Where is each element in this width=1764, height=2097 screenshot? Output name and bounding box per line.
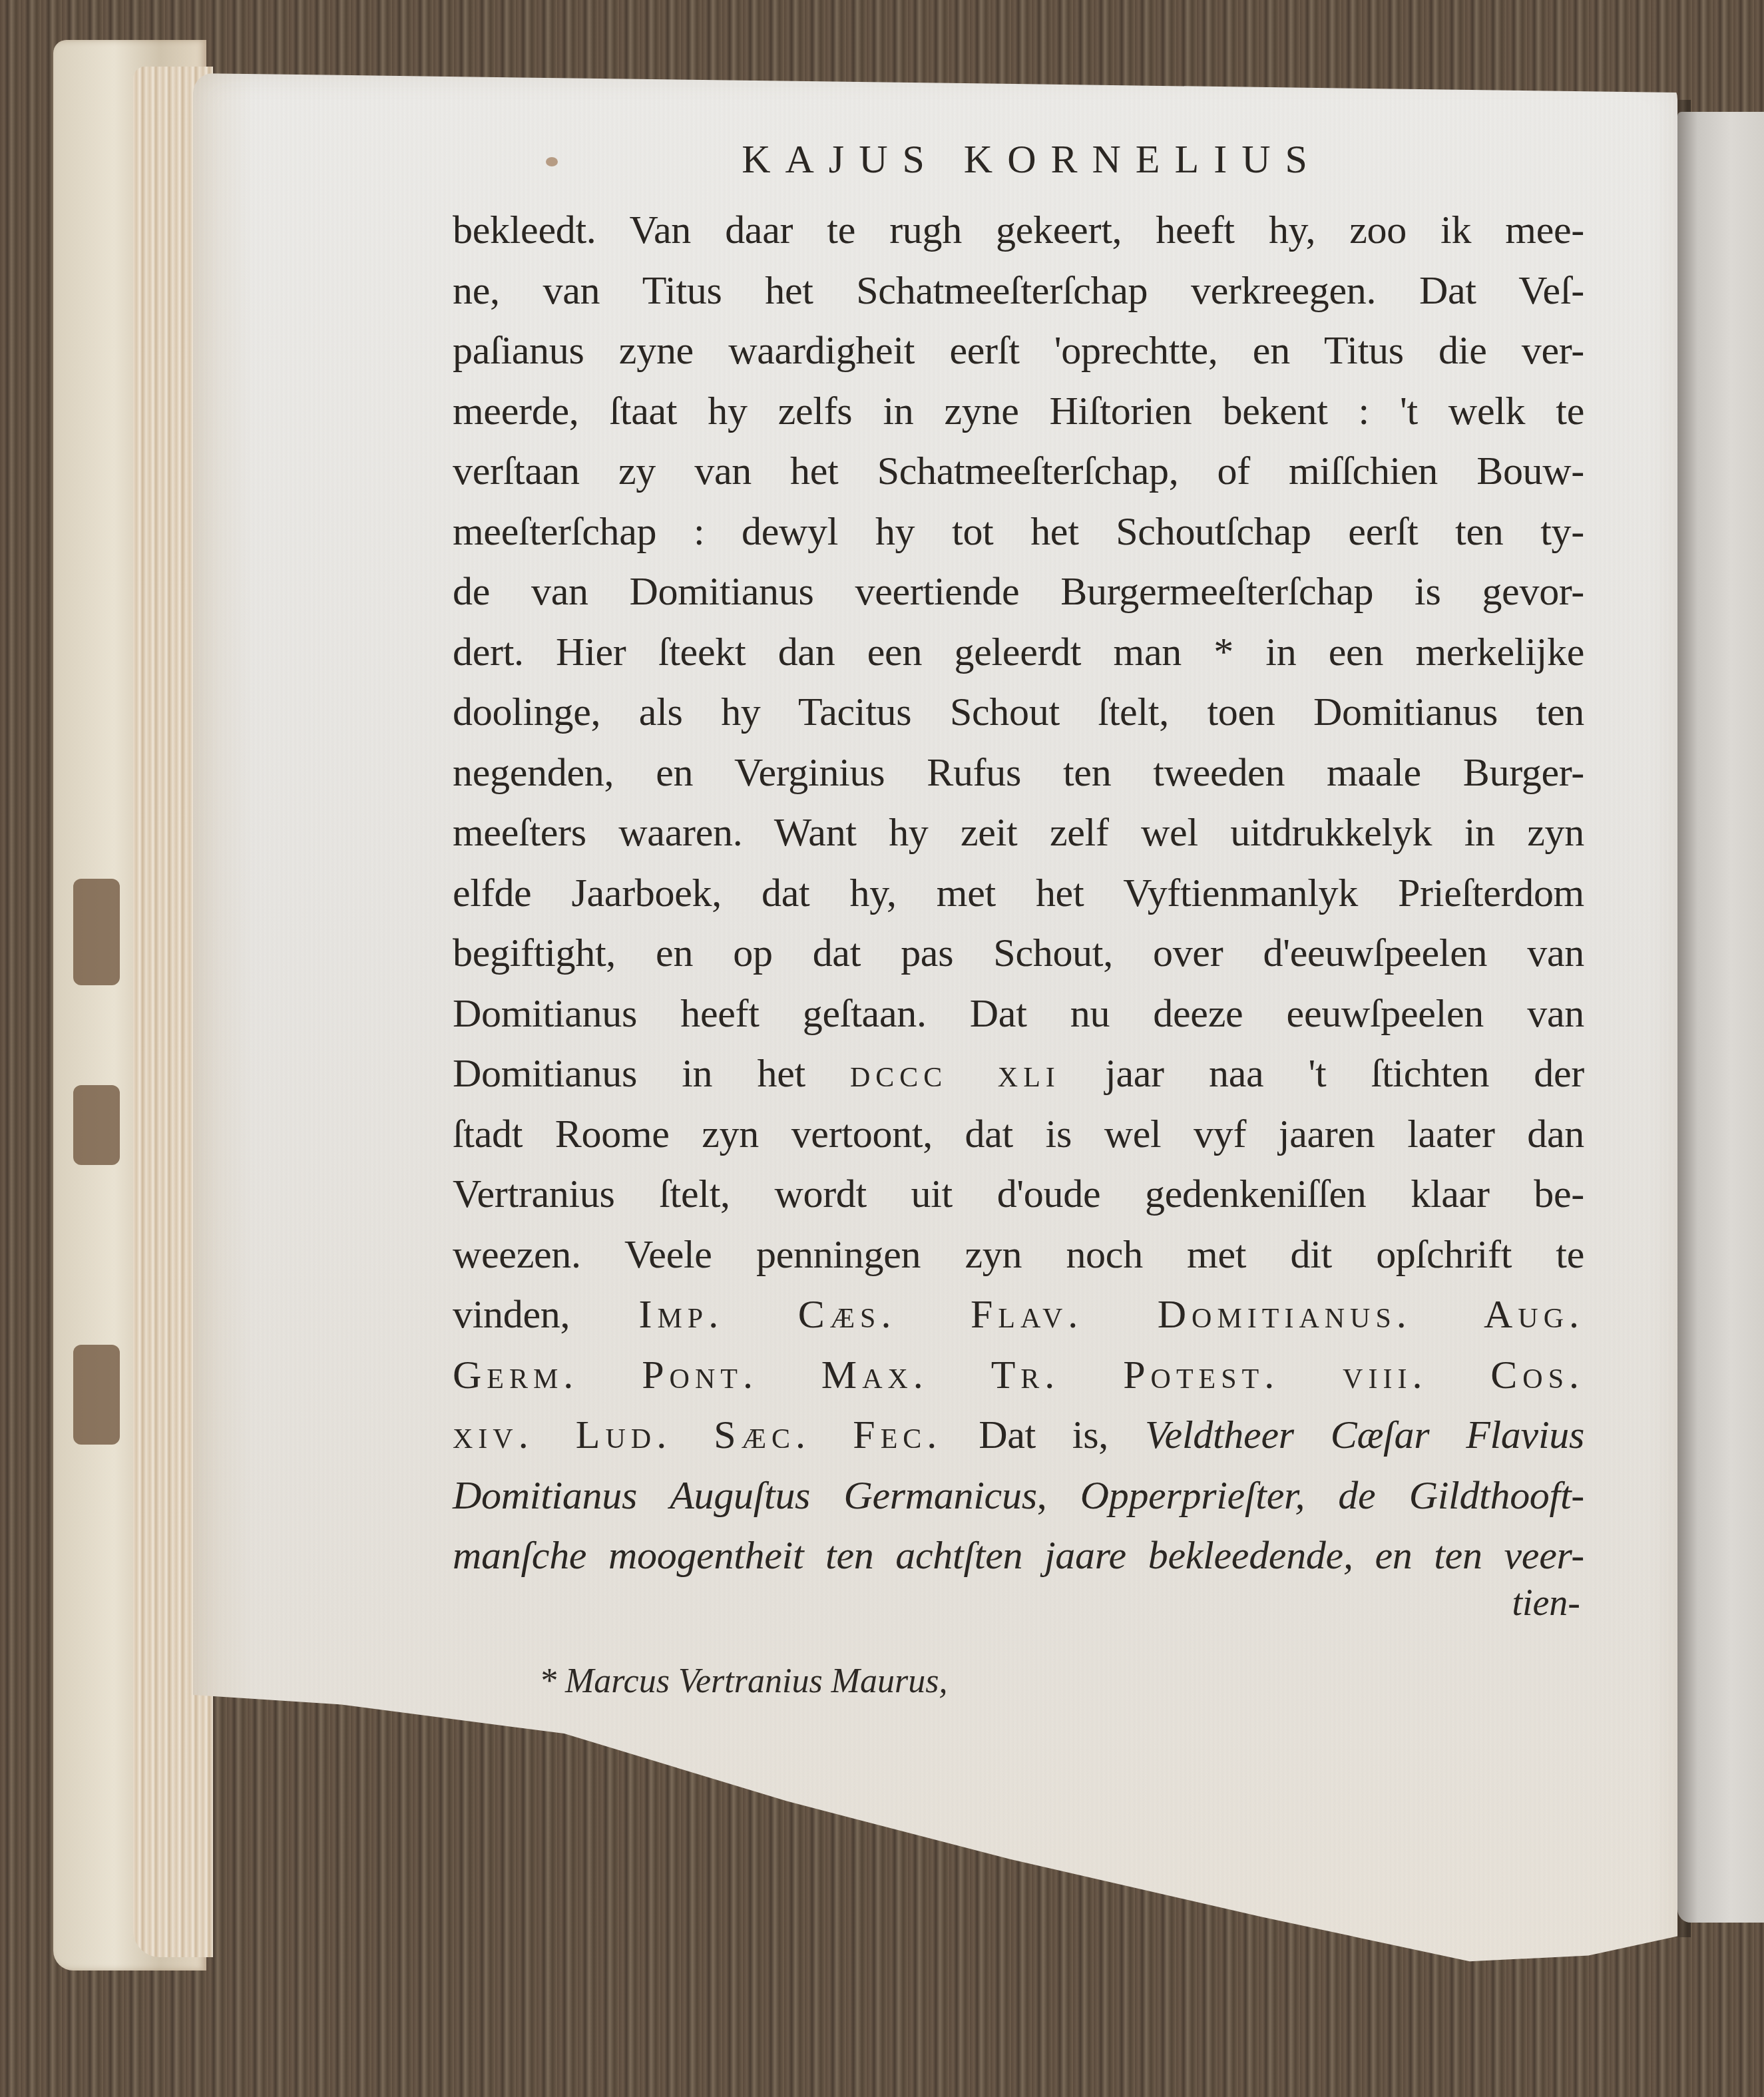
text-line-roman-numeral: Domitianus in het dccc xli jaar naa 't ſ…: [453, 1043, 1584, 1104]
text-line: verſtaan zy van het Schatmeeſterſchap, o…: [453, 441, 1584, 501]
text-fragment: jaar naa 't ſtichten der: [1105, 1051, 1584, 1095]
text-line: Vertranius ſtelt, wordt uit d'oude geden…: [453, 1164, 1584, 1224]
text-line: meerde, ſtaat hy zelfs in zyne Hiſtorien…: [453, 381, 1584, 441]
translation-italic: Veldtheer Cæſar Flavius: [1145, 1413, 1584, 1457]
running-head: KAJUS KORNELIUS: [479, 136, 1584, 182]
footnote: * Marcus Vertranius Maurus,: [539, 1662, 1584, 1701]
text-line: meeſterſchap : dewyl hy tot het Schoutſc…: [453, 501, 1584, 562]
text-line: bekleedt. Van daar te rugh gekeert, heef…: [453, 200, 1584, 260]
text-fragment: Dat is,: [979, 1413, 1108, 1457]
text-line-inscription: vinden, Imp. Cæs. Flav. Domitianus. Aug.: [453, 1284, 1584, 1345]
text-line: weezen. Veele penningen zyn noch met dit…: [453, 1224, 1584, 1285]
binding-tear: [73, 1085, 120, 1165]
text-line: paſianus zyne waardigheit eerſt 'oprecht…: [453, 320, 1584, 381]
text-fragment: vinden,: [453, 1292, 570, 1336]
text-line: negenden, en Verginius Rufus ten tweeden…: [453, 742, 1584, 803]
binding-tear: [73, 879, 120, 985]
text-line: meeſters waaren. Want hy zeit zelf wel u…: [453, 802, 1584, 863]
page-text: KAJUS KORNELIUS bekleedt. Van daar te ru…: [453, 136, 1584, 1701]
text-line-translation: manſche moogentheit ten achtſten jaare b…: [453, 1525, 1584, 1586]
coin-inscription: xiv. Lud. Sæc. Fec.: [453, 1413, 942, 1457]
binding-tear: [73, 1345, 120, 1445]
coin-inscription: Germ. Pont. Max. Tr. Poteſt. viii. Cos.: [453, 1353, 1584, 1397]
facing-page-edge: [1677, 112, 1764, 1923]
text-line: begiftight, en op dat pas Schout, over d…: [453, 923, 1584, 983]
text-line: ne, van Titus het Schatmeeſterſchap verk…: [453, 260, 1584, 321]
text-line: doolinge, als hy Tacitus Schout ſtelt, t…: [453, 682, 1584, 742]
text-fragment: ,: [1037, 1473, 1047, 1517]
roman-numeral-year: dccc xli: [850, 1051, 1060, 1095]
text-fragment: Domitianus in het: [453, 1051, 805, 1095]
text-line: Domitianus heeft geſtaan. Dat nu deeze e…: [453, 983, 1584, 1044]
text-line: ſtadt Roome zyn vertoont, dat is wel vyf…: [453, 1104, 1584, 1164]
text-line-inscription: Germ. Pont. Max. Tr. Poteſt. viii. Cos.: [453, 1345, 1584, 1405]
text-line: de van Domitianus veertiende Burgermeeſt…: [453, 561, 1584, 622]
catchword: tien-: [453, 1582, 1584, 1635]
text-line-translation: Domitianus Auguſtus Germanicus, Opperpri…: [453, 1465, 1584, 1526]
text-line: dert. Hier ſteekt dan een geleerdt man *…: [453, 622, 1584, 682]
coin-inscription: Imp. Cæs. Flav. Domitianus. Aug.: [638, 1292, 1584, 1336]
translation-italic: Domitianus Auguſtus Germanicus: [453, 1473, 1037, 1517]
text-line-inscription: xiv. Lud. Sæc. Fec. Dat is, Veldtheer Cæ…: [453, 1405, 1584, 1465]
text-line: elfde Jaarboek, dat hy, met het Vyftienm…: [453, 863, 1584, 923]
translation-italic: Opperprieſter, de Gildthooft-: [1080, 1473, 1584, 1517]
